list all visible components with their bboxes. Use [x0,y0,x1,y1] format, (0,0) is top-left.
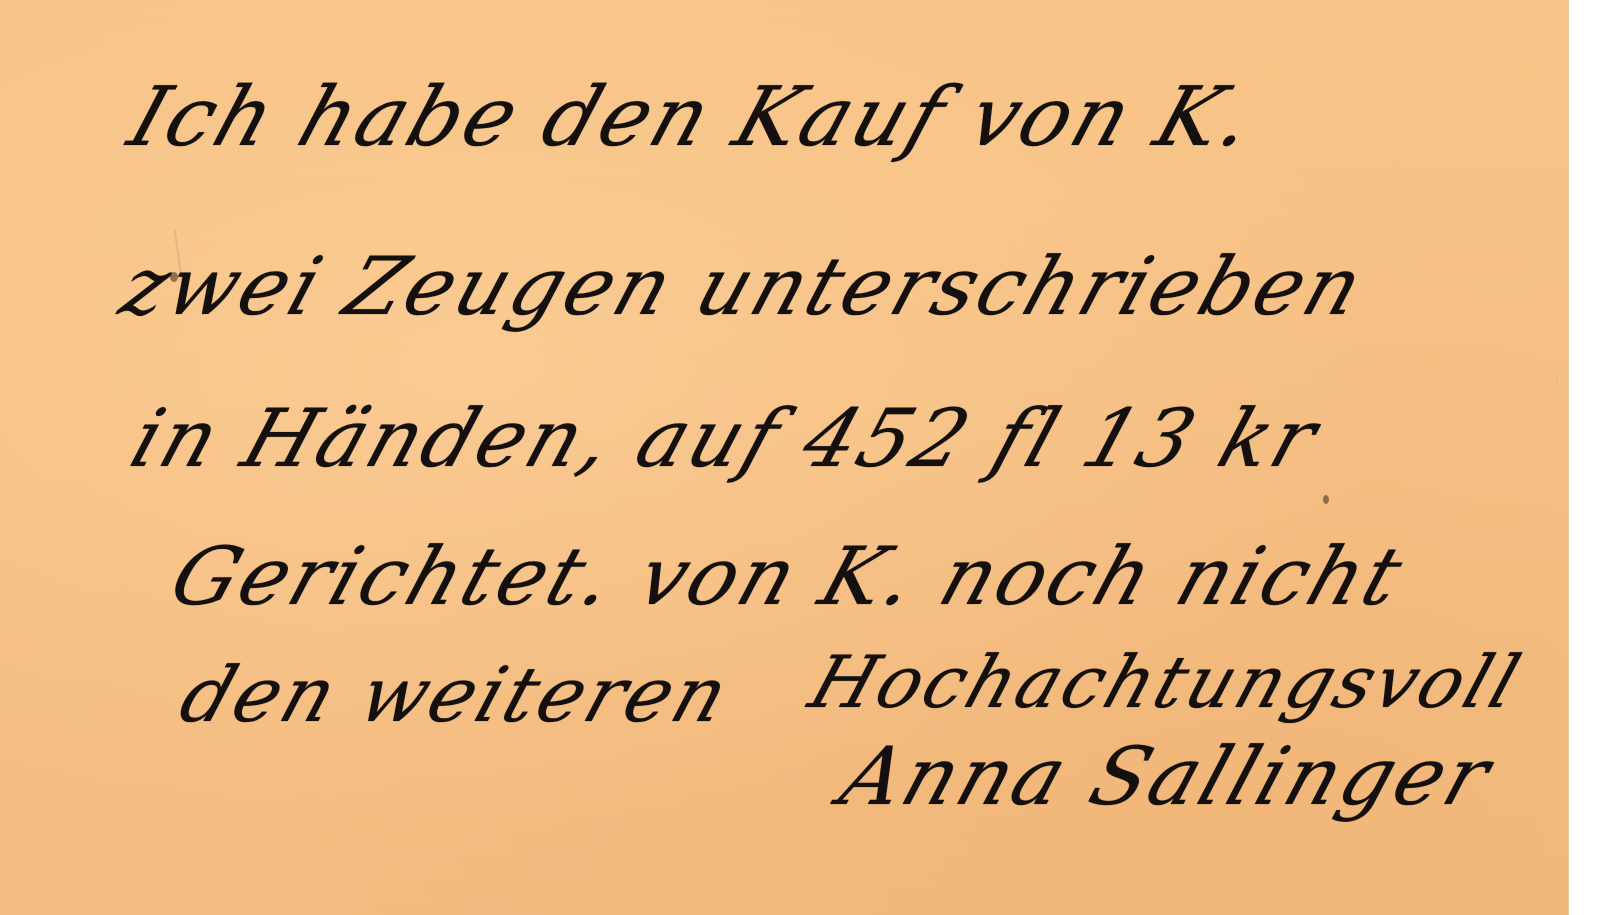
edge-mark [1556,378,1558,386]
handwritten-line-3: in Händen, auf 452 fl 13 kr [120,392,1331,485]
handwritten-line-1: Ich habe den Kauf von K. [118,70,1268,165]
closing-salutation: Hochachtungsvoll [800,640,1533,724]
postcard: Ich habe den Kauf von K. zwei Zeugen unt… [0,0,1569,915]
ink-blot [1323,495,1329,504]
handwritten-line-4: Gerichtet. von K. noch nicht [160,530,1416,623]
signature: Anna Sallinger [830,730,1504,823]
page: Ich habe den Kauf von K. zwei Zeugen unt… [0,0,1600,915]
handwritten-line-2: zwei Zeugen unterschrieben [110,240,1377,333]
handwritten-line-5: den weiteren [170,650,742,739]
